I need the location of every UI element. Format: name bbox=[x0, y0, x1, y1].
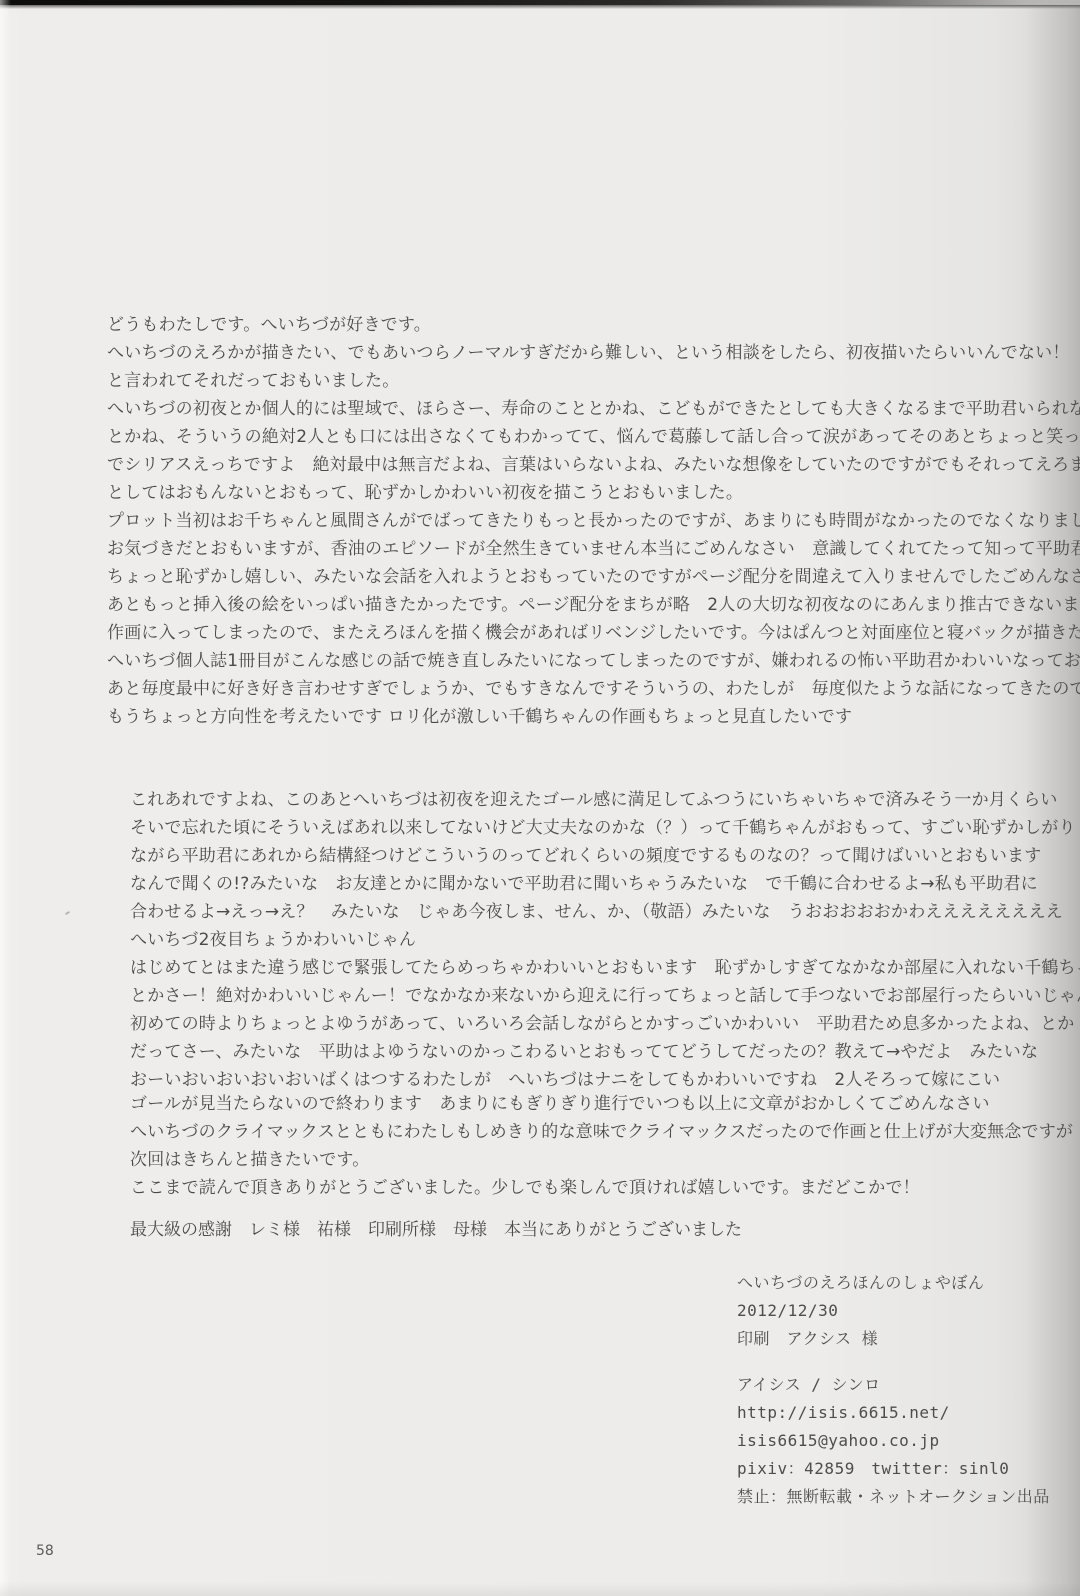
text-line: お気づきだとおもいますが、香油のエピソードが全然生きていません本当にごめんなさい… bbox=[107, 535, 1067, 563]
text-line: なんで聞くの!?みたいな お友達とかに聞かないで平助君に聞いちゃうみたいな で千… bbox=[130, 870, 1070, 898]
afterword-paragraph-2: これあれですよね、このあとへいちづは初夜を迎えたゴール感に満足してふつうにいちゃ… bbox=[130, 786, 1070, 1094]
text-line: どうもわたしです。へいちづが好きです。 bbox=[107, 311, 1067, 339]
text-line: だってさー、みたいな 平助はよゆうないのかっこわるいとおもっててどうしてだったの… bbox=[130, 1038, 1070, 1066]
text-line: isis6615@yahoo.co.jp bbox=[737, 1427, 1050, 1455]
text-line: ここまで読んで頂きありがとうございました。少しでも楽しんで頂ければ嬉しいです。ま… bbox=[130, 1174, 1070, 1202]
text-line: プロット当初はお千ちゃんと風間さんがでばってきたりもっと長かったのですが、あまり… bbox=[107, 507, 1067, 535]
text-line: とかね、そういうの絶対2人とも口には出さなくてもわかってて、悩んで葛藤して話し合… bbox=[107, 423, 1067, 451]
text-line: としてはおもんないとおもって、恥ずかしかわいい初夜を描こうとおもいました。 bbox=[107, 479, 1067, 507]
scan-bottom-shadow bbox=[0, 1582, 1080, 1596]
text-line: ちょっと恥ずかし嬉しい、みたいな会話を入れようとおもっていたのですがページ配分を… bbox=[107, 563, 1067, 591]
text-line: はじめてとはまた違う感じで緊張してたらめっちゃかわいいとおもいます 恥ずかしすぎ… bbox=[130, 954, 1070, 982]
text-line: 2012/12/30 bbox=[737, 1297, 984, 1325]
text-line: 禁止：無断転載・ネットオークション出品 bbox=[737, 1483, 1050, 1511]
text-line: あと毎度最中に好き好き言わせすぎでしょうか、でもすきなんですそういうの、わたしが… bbox=[107, 675, 1067, 703]
afterword-paragraph-1: どうもわたしです。へいちづが好きです。へいちづのえろかが描きたい、でもあいつらノ… bbox=[107, 311, 1067, 731]
text-line: ゴールが見当たらないので終わります あまりにもぎりぎり進行でいつも以上に文章がお… bbox=[130, 1090, 1070, 1118]
page-number: 58 bbox=[36, 1543, 54, 1559]
colophon-title-block: へいちづのえろほんのしょやぼん2012/12/30印刷 アクシス 様 bbox=[737, 1269, 984, 1353]
scanned-doujinshi-afterword-page: どうもわたしです。へいちづが好きです。へいちづのえろかが描きたい、でもあいつらノ… bbox=[0, 0, 1080, 1596]
text-line: pixiv：42859 twitter：sinl0 bbox=[737, 1455, 1050, 1483]
paper-left-edge bbox=[0, 0, 11, 1596]
text-line: あともっと挿入後の絵をいっぱい描きたかったです。ページ配分をまちが略 2人の大切… bbox=[107, 591, 1067, 619]
text-line: これあれですよね、このあとへいちづは初夜を迎えたゴール感に満足してふつうにいちゃ… bbox=[130, 786, 1070, 814]
text-line: へいちづの初夜とか個人的には聖域で、ほらさー、寿命のこととかね、こどもができたと… bbox=[107, 395, 1067, 423]
text-line: とかさー！絶対かわいいじゃんー！でなかなか来ないから迎えに行ってちょっと話して手… bbox=[130, 982, 1070, 1010]
text-line: でシリアスえっちですよ 絶対最中は無言だよね、言葉はいらないよね、みたいな想像を… bbox=[107, 451, 1067, 479]
text-line: 次回はきちんと描きたいです。 bbox=[130, 1146, 1070, 1174]
text-line: 作画に入ってしまったので、またえろほんを描く機会があればリベンジしたいです。今は… bbox=[107, 619, 1067, 647]
text-line: ながら平助君にあれから結構経つけどこういうのってどれくらいの頻度でするものなの？… bbox=[130, 842, 1070, 870]
text-line: へいちづのえろほんのしょやぼん bbox=[737, 1269, 984, 1297]
text-line: そいで忘れた頃にそういえばあれ以来してないけど大丈夫なのかな（？）って千鶴ちゃん… bbox=[130, 814, 1070, 842]
text-line: もうちょっと方向性を考えたいです ロリ化が激しい千鶴ちゃんの作画もちょっと見直し… bbox=[107, 703, 1067, 731]
text-line: へいちづのクライマックスとともにわたしもしめきり的な意味でクライマックスだったの… bbox=[130, 1118, 1070, 1146]
scan-artifact bbox=[65, 911, 70, 915]
text-line: 合わせるよ→えっ→え？ みたいな じゃあ今夜しま、せん、か、（敬語）みたいな う… bbox=[130, 898, 1070, 926]
acknowledgements-line: 最大級の感謝 レミ様 祐様 印刷所様 母様 本当にありがとうございました bbox=[130, 1216, 742, 1244]
scan-top-edge-line bbox=[0, 0, 1080, 5]
text-line: へいちづ個人誌1冊目がこんな感じの話で焼き直しみたいになってしまったのですが、嫌… bbox=[107, 647, 1067, 675]
afterword-paragraph-3: ゴールが見当たらないので終わります あまりにもぎりぎり進行でいつも以上に文章がお… bbox=[130, 1090, 1070, 1202]
text-line: アイシス / シンロ bbox=[737, 1371, 1050, 1399]
colophon-contact-block: アイシス / シンロhttp://isis.6615.net/isis6615@… bbox=[737, 1371, 1050, 1511]
text-line: と言われてそれだっておもいました。 bbox=[107, 367, 1067, 395]
text-line: 初めての時よりちょっとよゆうがあって、いろいろ会話しながらとかすっごいかわいい … bbox=[130, 1010, 1070, 1038]
text-line: 印刷 アクシス 様 bbox=[737, 1325, 984, 1353]
text-line: へいちづ2夜目ちょうかわいいじゃん bbox=[130, 926, 1070, 954]
text-line: http://isis.6615.net/ bbox=[737, 1399, 1050, 1427]
text-line: へいちづのえろかが描きたい、でもあいつらノーマルすぎだから難しい、という相談をし… bbox=[107, 339, 1067, 367]
